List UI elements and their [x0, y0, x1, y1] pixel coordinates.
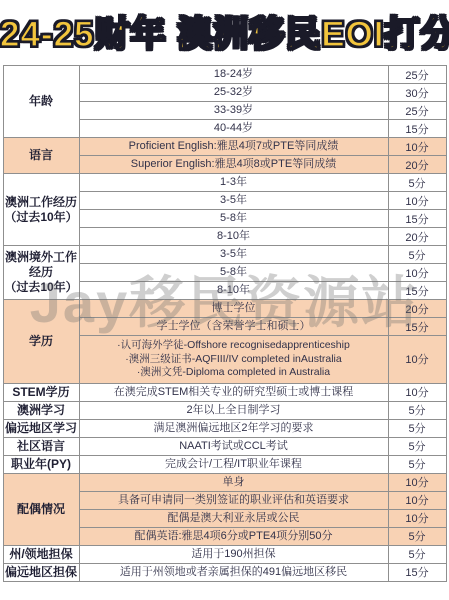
page-title: 24-25财年 澳洲移民EOI打分表	[0, 7, 449, 57]
category-label: 学历	[3, 300, 79, 384]
points-cell: 10分	[388, 264, 446, 282]
points-cell: 10分	[388, 192, 446, 210]
category-label: 职业年(PY)	[3, 455, 79, 473]
criteria-cell: 1-3年	[79, 174, 388, 192]
criteria-cell: 5-8年	[79, 210, 388, 228]
criteria-cell: 在澳完成STEM相关专业的研究型硕士或博士课程	[79, 383, 388, 401]
points-cell: 15分	[388, 120, 446, 138]
table-row: 社区语言 NAATI考试或CCL考试 5分	[3, 437, 446, 455]
table-row: 偏远地区担保 适用于州领地或者亲属担保的491偏远地区移民 15分	[3, 563, 446, 581]
criteria-cell: 配偶英语:雅思4项6分或PTE4项分别50分	[79, 527, 388, 545]
points-cell: 5分	[388, 455, 446, 473]
points-cell: 15分	[388, 563, 446, 581]
table-row: 年龄 18-24岁 25分	[3, 66, 446, 84]
points-cell: 5分	[388, 246, 446, 264]
points-cell: 10分	[388, 509, 446, 527]
criteria-cell: NAATI考试或CCL考试	[79, 437, 388, 455]
criteria-cell: 3-5年	[79, 246, 388, 264]
points-cell: 25分	[388, 66, 446, 84]
category-label: 偏远地区学习	[3, 419, 79, 437]
points-cell: 20分	[388, 156, 446, 174]
points-cell: 5分	[388, 401, 446, 419]
table-row: 偏远地区学习 满足澳洲偏远地区2年学习的要求 5分	[3, 419, 446, 437]
criteria-cell: 学士学位（含荣誉学士和硕士）	[79, 318, 388, 336]
criteria-cell: 18-24岁	[79, 66, 388, 84]
table-row: 学历 博士学位 20分	[3, 300, 446, 318]
page: 24-25财年 澳洲移民EOI打分表 年龄 18-24岁 25分 25-32岁 …	[0, 7, 449, 600]
category-label: STEM学历	[3, 383, 79, 401]
category-label: 年龄	[3, 66, 79, 138]
category-label: 语言	[3, 138, 79, 174]
points-cell: 5分	[388, 545, 446, 563]
criteria-cell: Proficient English:雅思4项7或PTE等同成绩	[79, 138, 388, 156]
criteria-cell: 完成会计/工程/IT职业年课程	[79, 455, 388, 473]
points-cell: 30分	[388, 84, 446, 102]
points-cell: 5分	[388, 174, 446, 192]
criteria-cell: 具备可申请同一类别签证的职业评估和英语要求	[79, 491, 388, 509]
criteria-cell: 2年以上全日制学习	[79, 401, 388, 419]
points-cell: 10分	[388, 473, 446, 491]
points-cell: 15分	[388, 282, 446, 300]
criteria-cell: 8-10年	[79, 228, 388, 246]
criteria-cell: 8-10年	[79, 282, 388, 300]
criteria-cell: 3-5年	[79, 192, 388, 210]
points-cell: 10分	[388, 383, 446, 401]
points-cell: 10分	[388, 336, 446, 384]
criteria-cell: Superior English:雅思4项8或PTE等同成绩	[79, 156, 388, 174]
points-cell: 10分	[388, 138, 446, 156]
category-label: 社区语言	[3, 437, 79, 455]
criteria-cell: ·认可海外学徒-Offshore recognisedapprenticeshi…	[79, 336, 388, 384]
category-label: 澳洲境外工作 经历 （过去10年）	[3, 246, 79, 300]
criteria-cell: 配偶是澳大利亚永居或公民	[79, 509, 388, 527]
points-cell: 5分	[388, 527, 446, 545]
points-cell: 5分	[388, 419, 446, 437]
points-cell: 5分	[388, 437, 446, 455]
table-row: 州/领地担保 适用于190州担保 5分	[3, 545, 446, 563]
table-row: STEM学历 在澳完成STEM相关专业的研究型硕士或博士课程 10分	[3, 383, 446, 401]
criteria-cell: 25-32岁	[79, 84, 388, 102]
category-label: 配偶情况	[3, 473, 79, 545]
criteria-cell: 博士学位	[79, 300, 388, 318]
criteria-cell: 5-8年	[79, 264, 388, 282]
criteria-cell: 33-39岁	[79, 102, 388, 120]
criteria-cell: 40-44岁	[79, 120, 388, 138]
points-cell: 20分	[388, 228, 446, 246]
category-label: 州/领地担保	[3, 545, 79, 563]
table-row: 配偶情况 单身 10分	[3, 473, 446, 491]
criteria-cell: 适用于州领地或者亲属担保的491偏远地区移民	[79, 563, 388, 581]
table-row: 职业年(PY) 完成会计/工程/IT职业年课程 5分	[3, 455, 446, 473]
table-row: 澳洲境外工作 经历 （过去10年） 3-5年 5分	[3, 246, 446, 264]
criteria-cell: 满足澳洲偏远地区2年学习的要求	[79, 419, 388, 437]
table-row: 语言 Proficient English:雅思4项7或PTE等同成绩 10分	[3, 138, 446, 156]
points-cell: 15分	[388, 318, 446, 336]
eoi-score-table: 年龄 18-24岁 25分 25-32岁 30分 33-39岁 25分 40-4…	[3, 65, 447, 582]
points-cell: 10分	[388, 491, 446, 509]
category-label: 偏远地区担保	[3, 563, 79, 581]
table-row: 澳洲学习 2年以上全日制学习 5分	[3, 401, 446, 419]
criteria-cell: 单身	[79, 473, 388, 491]
category-label: 澳洲工作经历 （过去10年）	[3, 174, 79, 246]
points-cell: 15分	[388, 210, 446, 228]
table-row: 澳洲工作经历 （过去10年） 1-3年 5分	[3, 174, 446, 192]
points-cell: 20分	[388, 300, 446, 318]
category-label: 澳洲学习	[3, 401, 79, 419]
criteria-cell: 适用于190州担保	[79, 545, 388, 563]
points-cell: 25分	[388, 102, 446, 120]
